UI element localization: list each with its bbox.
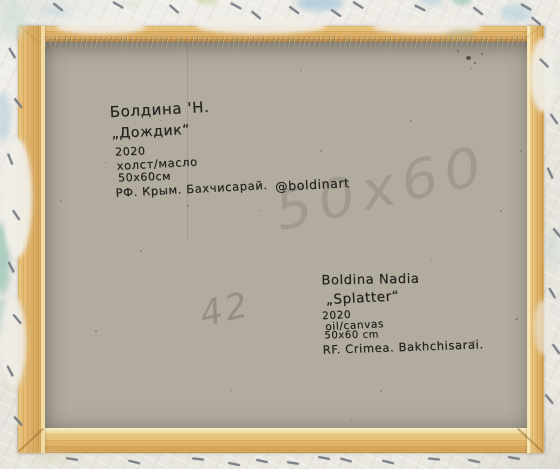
dirt-speck bbox=[320, 150, 322, 152]
dirt-speck bbox=[140, 250, 142, 252]
artwork-back-photo: 50x60 42 Болдина 'Н. „Дождик“ 2020 холст… bbox=[0, 0, 560, 469]
paint-stain bbox=[196, 18, 326, 34]
dirt-speck bbox=[260, 210, 262, 211]
paint-stain bbox=[534, 300, 552, 354]
dirt-speck bbox=[230, 390, 232, 391]
dirt-speck bbox=[474, 62, 476, 64]
dirt-speck bbox=[380, 390, 382, 392]
dirt-speck bbox=[187, 205, 189, 207]
dirt-speck bbox=[466, 56, 471, 60]
pencil-number-mark: 42 bbox=[196, 285, 254, 335]
paint-stain bbox=[0, 0, 26, 40]
stretcher-bar-bottom bbox=[18, 428, 544, 453]
dirt-speck bbox=[300, 70, 302, 71]
dirt-speck bbox=[470, 68, 472, 69]
dirt-speck bbox=[350, 420, 352, 421]
paint-stain bbox=[56, 20, 146, 34]
dirt-speck bbox=[515, 318, 518, 320]
dirt-speck bbox=[95, 330, 97, 332]
paint-stain bbox=[2, 138, 32, 258]
paint-stain bbox=[530, 38, 556, 112]
dirt-speck bbox=[60, 200, 62, 202]
dirt-speck bbox=[520, 150, 522, 152]
dirt-speck bbox=[500, 210, 502, 212]
dirt-speck bbox=[481, 53, 483, 55]
dirt-speck bbox=[410, 120, 412, 122]
frayed-canvas-edge bbox=[45, 37, 527, 50]
dirt-speck bbox=[472, 341, 475, 343]
dirt-speck bbox=[395, 292, 397, 293]
dirt-speck bbox=[105, 162, 107, 163]
dirt-speck bbox=[160, 120, 162, 121]
artwork-title-ru: „Дождик“ bbox=[111, 119, 266, 142]
paint-stain bbox=[40, 6, 70, 16]
artist-name-ru: Болдина 'Н. bbox=[109, 96, 265, 120]
dirt-speck bbox=[430, 260, 432, 261]
canvas-back: 50x60 42 Болдина 'Н. „Дождик“ 2020 холст… bbox=[45, 42, 527, 428]
label-english: Boldina Nadia „Splatter“ 2020 oil/canvas… bbox=[321, 272, 483, 355]
dirt-speck bbox=[457, 50, 459, 52]
label-russian: Болдина 'Н. „Дождик“ 2020 холст/масло 50… bbox=[109, 97, 267, 197]
